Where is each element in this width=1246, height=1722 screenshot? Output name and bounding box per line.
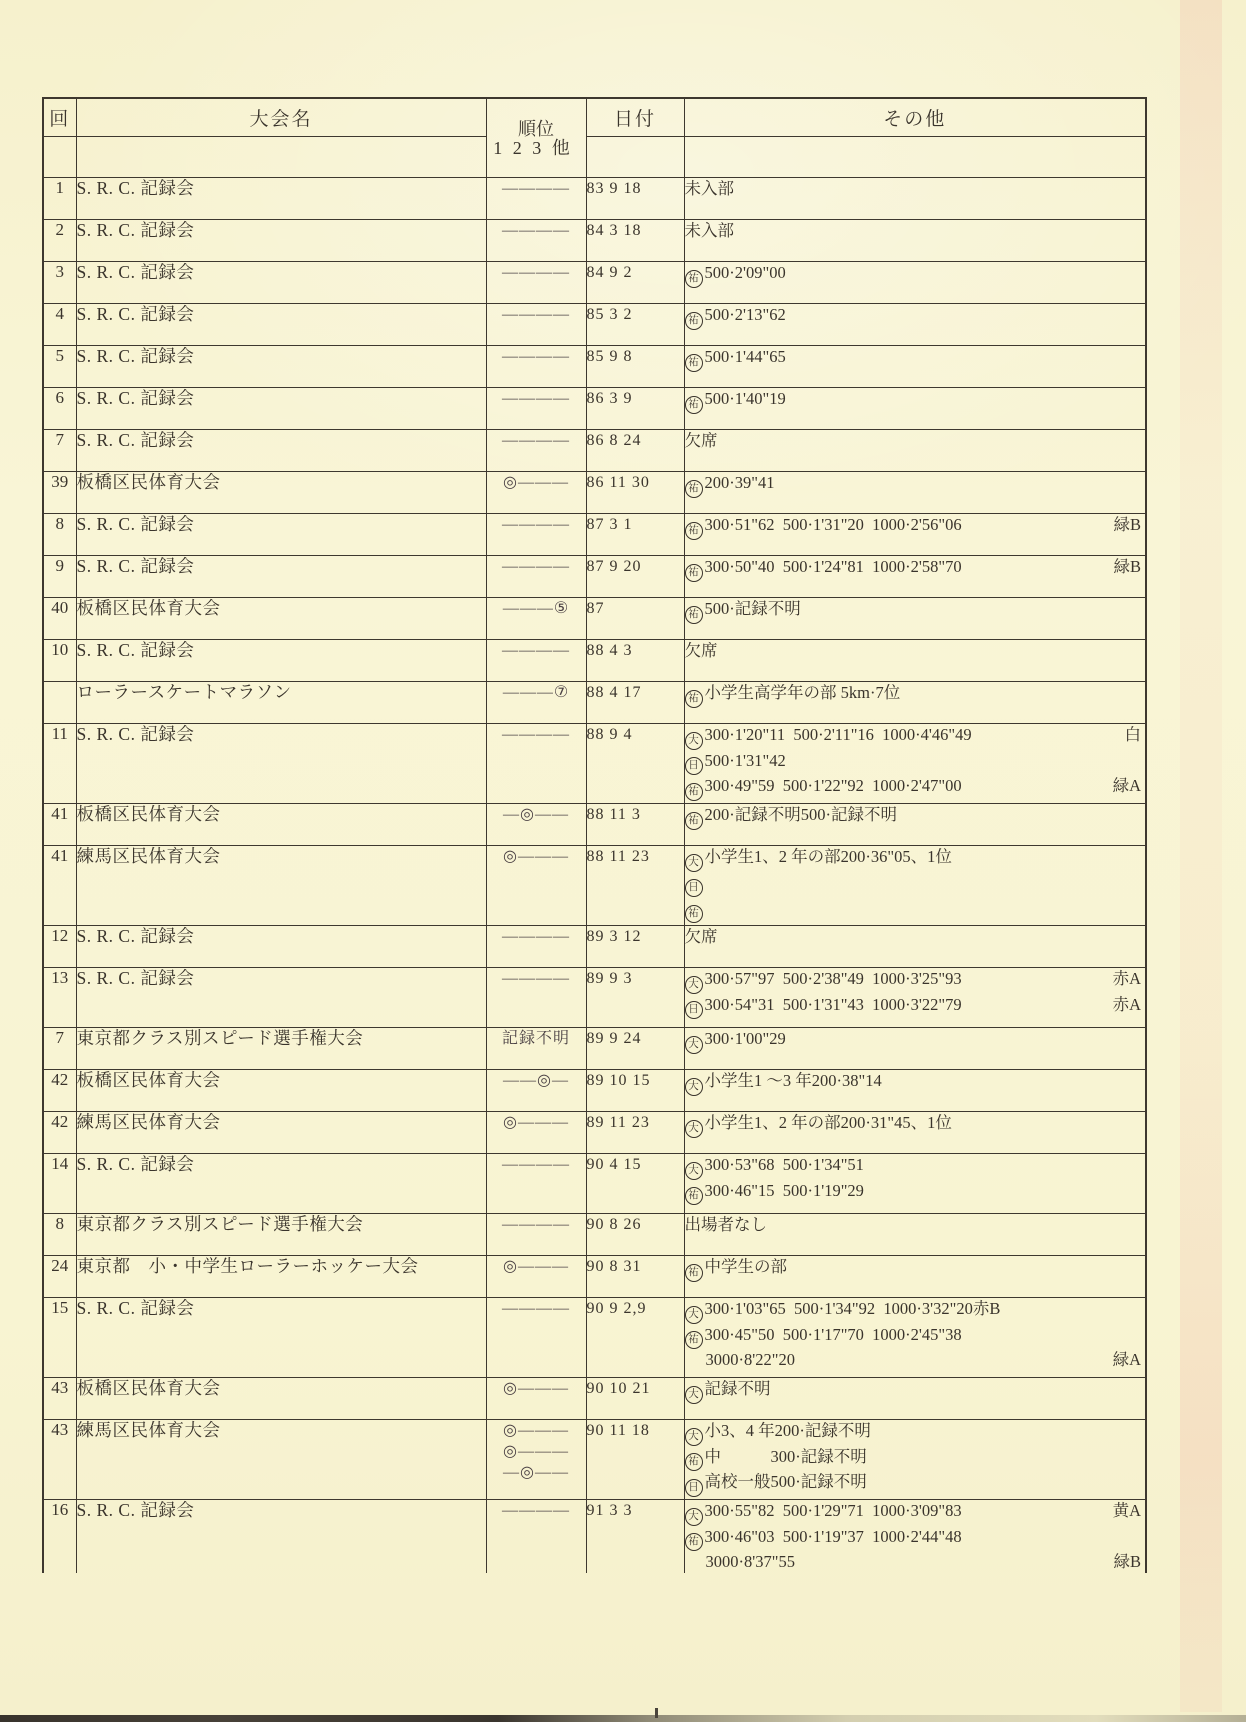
scan-bottom-mark <box>655 1708 658 1718</box>
cell-round-number: 4 <box>43 304 76 346</box>
cell-round-number: 43 <box>43 1378 76 1420</box>
circled-person-mark: 大 <box>685 976 703 994</box>
table-row: 40板橋区民体育大会―――⑤87祐500·記録不明 <box>43 598 1146 640</box>
rank-mark-line: ◎――― <box>487 472 586 493</box>
cell-rank-marks: 記録不明 <box>486 1028 586 1070</box>
cell-competition-name: S. R. C. 記録会 <box>76 724 486 804</box>
cell-results: 祐200·39"41 <box>684 472 1146 514</box>
circled-person-mark: 日 <box>685 757 703 775</box>
cell-results: 祐300·51"62 500·1'31"20 1000·2'56"06緑B <box>684 514 1146 556</box>
cell-date: 90 8 26 <box>586 1214 684 1256</box>
cell-competition-name: S. R. C. 記録会 <box>76 640 486 682</box>
cell-rank-marks: ―――― <box>486 1154 586 1214</box>
result-class-tag: 緑A <box>1113 775 1141 797</box>
table-row: 43板橋区民体育大会◎―――90 10 21大記録不明 <box>43 1378 1146 1420</box>
table-row: 9S. R. C. 記録会――――87 9 20祐300·50"40 500·1… <box>43 556 1146 598</box>
cell-competition-name: 板橋区民体育大会 <box>76 804 486 846</box>
rank-mark-line: ―――― <box>487 1500 586 1521</box>
rank-mark-line: ―――― <box>487 346 586 367</box>
circled-person-mark: 大 <box>685 1428 703 1446</box>
circled-person-mark: 祐 <box>685 522 703 540</box>
circled-person-mark: 祐 <box>685 354 703 372</box>
result-class-tag: 緑B <box>1113 556 1141 578</box>
result-line: 日高校一般500·記録不明 <box>685 1471 1146 1497</box>
cell-competition-name: S. R. C. 記録会 <box>76 1500 486 1573</box>
table-row: 41板橋区民体育大会―◎――88 11 3祐200·記録不明500·記録不明 <box>43 804 1146 846</box>
table-row: 4S. R. C. 記録会――――85 3 2祐500·2'13"62 <box>43 304 1146 346</box>
cell-rank-marks: ―――⑦ <box>486 682 586 724</box>
cell-date: 83 9 18 <box>586 178 684 220</box>
cell-results: 大小学生1 ～3 年200·38"14 <box>684 1070 1146 1112</box>
cell-date: 86 3 9 <box>586 388 684 430</box>
result-line: 大300·57"97 500·2'38"49 1000·3'25"93赤A <box>685 968 1146 994</box>
rank-mark-line: ◎――― <box>487 846 586 867</box>
cell-results: 大300·1'03"65 500·1'34"92 1000·3'32"20赤B祐… <box>684 1298 1146 1378</box>
circled-person-mark: 祐 <box>685 564 703 582</box>
result-line: 大小学生1、2 年の部200·31"45、1位 <box>685 1112 1146 1138</box>
cell-competition-name: 東京都クラス別スピード選手権大会 <box>76 1214 486 1256</box>
cell-date: 89 9 24 <box>586 1028 684 1070</box>
table-row: 11S. R. C. 記録会――――88 9 4大300·1'20"11 500… <box>43 724 1146 804</box>
result-line: 祐300·51"62 500·1'31"20 1000·2'56"06緑B <box>685 514 1146 540</box>
cell-competition-name: 板橋区民体育大会 <box>76 598 486 640</box>
rank-mark-line: ―――― <box>487 1298 586 1319</box>
result-line: 日300·54"31 500·1'31"43 1000·3'22"79赤A <box>685 994 1146 1020</box>
cell-date: 88 4 17 <box>586 682 684 724</box>
empty-cell <box>684 137 1146 178</box>
cell-results: 祐500·2'09"00 <box>684 262 1146 304</box>
cell-competition-name: S. R. C. 記録会 <box>76 514 486 556</box>
cell-date: 84 9 2 <box>586 262 684 304</box>
circled-person-mark: 祐 <box>685 690 703 708</box>
circled-person-mark: 祐 <box>685 606 703 624</box>
cell-round-number: 8 <box>43 1214 76 1256</box>
rank-mark-line: ―――― <box>487 220 586 241</box>
circled-person-mark: 祐 <box>685 1187 703 1205</box>
result-line: 祐200·39"41 <box>685 472 1146 498</box>
result-line: 欠席 <box>685 430 1146 452</box>
cell-date: 88 11 3 <box>586 804 684 846</box>
cell-date: 89 9 3 <box>586 968 684 1028</box>
result-line: 未入部 <box>685 178 1146 200</box>
result-line: 祐中 300·記録不明 <box>685 1446 1146 1472</box>
cell-rank-marks: ―◎―― <box>486 804 586 846</box>
cell-results: 未入部 <box>684 178 1146 220</box>
cell-round-number: 15 <box>43 1298 76 1378</box>
cell-competition-name: 板橋区民体育大会 <box>76 472 486 514</box>
cell-round-number: 39 <box>43 472 76 514</box>
cell-results: 大300·55"82 500·1'29"71 1000·3'09"83黄A祐30… <box>684 1500 1146 1573</box>
circled-person-mark: 大 <box>685 1120 703 1138</box>
result-line: 大記録不明 <box>685 1378 1146 1404</box>
rank-mark-line: ―――― <box>487 178 586 199</box>
table-row: 41練馬区民体育大会◎―――88 11 23大小学生1、2 年の部200·36"… <box>43 846 1146 926</box>
cell-date: 87 <box>586 598 684 640</box>
cell-competition-name: S. R. C. 記録会 <box>76 346 486 388</box>
cell-competition-name: S. R. C. 記録会 <box>76 926 486 968</box>
cell-competition-name: S. R. C. 記録会 <box>76 430 486 472</box>
result-line: 祐200·記録不明500·記録不明 <box>685 804 1146 830</box>
cell-competition-name: S. R. C. 記録会 <box>76 220 486 262</box>
cell-date: 85 3 2 <box>586 304 684 346</box>
rank-mark-line: ―――― <box>487 556 586 577</box>
table-row: 1S. R. C. 記録会――――83 9 18未入部 <box>43 178 1146 220</box>
cell-round-number: 10 <box>43 640 76 682</box>
result-line: 祐500·1'40"19 <box>685 388 1146 414</box>
cell-results: 祐500·1'40"19 <box>684 388 1146 430</box>
record-table: 回 大会名 順位 1 2 3 他 日付 その他 1S. R. C. 記録会―――… <box>42 97 1147 1573</box>
cell-results: 祐300·50"40 500·1'24"81 1000·2'58"70緑B <box>684 556 1146 598</box>
cell-competition-name: 練馬区民体育大会 <box>76 1112 486 1154</box>
table-row: 7東京都クラス別スピード選手権大会記録不明89 9 24大300·1'00"29 <box>43 1028 1146 1070</box>
result-line: 3000·8'22"20緑A <box>685 1349 1146 1371</box>
result-line: 日500·1'31"42 <box>685 750 1146 776</box>
result-line: 祐300·50"40 500·1'24"81 1000·2'58"70緑B <box>685 556 1146 582</box>
cell-round-number: 5 <box>43 346 76 388</box>
header-taikai: 大会名 <box>76 98 486 137</box>
header-junni-line2: 1 2 3 他 <box>481 139 586 157</box>
cell-competition-name: 板橋区民体育大会 <box>76 1378 486 1420</box>
rank-mark-line: ―◎―― <box>487 804 586 825</box>
circled-person-mark: 大 <box>685 1036 703 1054</box>
cell-round-number: 24 <box>43 1256 76 1298</box>
circled-person-mark: 祐 <box>685 1533 703 1551</box>
cell-rank-marks: ―――― <box>486 724 586 804</box>
rank-mark-line: ◎――― <box>487 1378 586 1399</box>
cell-rank-marks: ◎――― <box>486 1378 586 1420</box>
result-class-tag: 緑A <box>1113 1349 1141 1371</box>
cell-results: 欠席 <box>684 926 1146 968</box>
cell-rank-marks: ―――― <box>486 968 586 1028</box>
result-line: 祐500·1'44"65 <box>685 346 1146 372</box>
cell-results: 大小3、4 年200·記録不明祐中 300·記録不明日高校一般500·記録不明 <box>684 1420 1146 1500</box>
rank-mark-line: ―――― <box>487 640 586 661</box>
cell-rank-marks: ◎―――◎――――◎―― <box>486 1420 586 1500</box>
result-line: 大300·53"68 500·1'34"51 <box>685 1154 1146 1180</box>
scanned-page: 回 大会名 順位 1 2 3 他 日付 その他 1S. R. C. 記録会―――… <box>0 0 1246 1722</box>
rank-mark-line: ―――― <box>487 430 586 451</box>
cell-rank-marks: ―――― <box>486 1500 586 1573</box>
circled-person-mark: 祐 <box>685 270 703 288</box>
cell-results: 欠席 <box>684 430 1146 472</box>
cell-rank-marks: ―――― <box>486 1214 586 1256</box>
circled-person-mark: 祐 <box>685 1453 703 1471</box>
cell-competition-name: ローラースケートマラソン <box>76 682 486 724</box>
table-row: 2S. R. C. 記録会――――84 3 18未入部 <box>43 220 1146 262</box>
table-row: ローラースケートマラソン―――⑦88 4 17祐小学生高学年の部 5km·7位 <box>43 682 1146 724</box>
table-row: 42練馬区民体育大会◎―――89 11 23大小学生1、2 年の部200·31"… <box>43 1112 1146 1154</box>
cell-competition-name: S. R. C. 記録会 <box>76 1298 486 1378</box>
table-row: 39板橋区民体育大会◎―――86 11 30祐200·39"41 <box>43 472 1146 514</box>
rank-mark-line: ―――― <box>487 1214 586 1235</box>
circled-person-mark: 祐 <box>685 812 703 830</box>
rank-mark-line: ―――― <box>487 1154 586 1175</box>
table-row: 43練馬区民体育大会◎―――◎――――◎――90 11 18大小3、4 年200… <box>43 1420 1146 1500</box>
cell-results: 大小学生1、2 年の部200·31"45、1位 <box>684 1112 1146 1154</box>
table-row: 15S. R. C. 記録会――――90 9 2,9大300·1'03"65 5… <box>43 1298 1146 1378</box>
circled-person-mark: 祐 <box>685 905 703 923</box>
cell-results: 大小学生1、2 年の部200·36"05、1位日祐 <box>684 846 1146 926</box>
table-row: 16S. R. C. 記録会――――91 3 3大300·55"82 500·1… <box>43 1500 1146 1573</box>
rank-mark-line: 記録不明 <box>487 1028 586 1049</box>
header-row: 回 大会名 順位 1 2 3 他 日付 その他 <box>43 98 1146 137</box>
cell-round-number: 42 <box>43 1070 76 1112</box>
cell-results: 祐200·記録不明500·記録不明 <box>684 804 1146 846</box>
cell-rank-marks: ◎――― <box>486 472 586 514</box>
header-hiduke: 日付 <box>586 98 684 137</box>
cell-results: 出場者なし <box>684 1214 1146 1256</box>
cell-rank-marks: ―――― <box>486 556 586 598</box>
result-line: 大小学生1、2 年の部200·36"05、1位 <box>685 846 1146 872</box>
circled-person-mark: 祐 <box>685 312 703 330</box>
table-row: 6S. R. C. 記録会――――86 3 9祐500·1'40"19 <box>43 388 1146 430</box>
result-line: 祐500·2'13"62 <box>685 304 1146 330</box>
cell-date: 90 8 31 <box>586 1256 684 1298</box>
circled-person-mark: 日 <box>685 879 703 897</box>
cell-results: 祐500·2'13"62 <box>684 304 1146 346</box>
cell-round-number: 1 <box>43 178 76 220</box>
cell-rank-marks: ◎――― <box>486 1112 586 1154</box>
cell-date: 90 4 15 <box>586 1154 684 1214</box>
cell-rank-marks: ―――― <box>486 430 586 472</box>
result-line: 祐500·記録不明 <box>685 598 1146 624</box>
cell-date: 88 4 3 <box>586 640 684 682</box>
cell-rank-marks: ―――― <box>486 262 586 304</box>
table-row: 7S. R. C. 記録会――――86 8 24欠席 <box>43 430 1146 472</box>
cell-date: 90 9 2,9 <box>586 1298 684 1378</box>
cell-competition-name: 板橋区民体育大会 <box>76 1070 486 1112</box>
cell-competition-name: 東京都 小・中学生ローラーホッケー大会 <box>76 1256 486 1298</box>
cell-round-number: 12 <box>43 926 76 968</box>
cell-round-number: 16 <box>43 1500 76 1573</box>
table-row: 3S. R. C. 記録会――――84 9 2祐500·2'09"00 <box>43 262 1146 304</box>
scan-bottom-edge <box>0 1715 1246 1722</box>
cell-results: 祐中学生の部 <box>684 1256 1146 1298</box>
table-row: 42板橋区民体育大会――◎―89 10 15大小学生1 ～3 年200·38"1… <box>43 1070 1146 1112</box>
circled-person-mark: 祐 <box>685 1264 703 1282</box>
cell-rank-marks: ―――― <box>486 178 586 220</box>
result-class-tag: 黄A <box>1113 1500 1141 1522</box>
cell-round-number: 9 <box>43 556 76 598</box>
result-line: 大300·1'03"65 500·1'34"92 1000·3'32"20赤B <box>685 1298 1146 1324</box>
rank-mark-line: ――◎― <box>487 1070 586 1091</box>
rank-mark-line: ―――― <box>487 262 586 283</box>
cell-round-number: 43 <box>43 1420 76 1500</box>
cell-rank-marks: ―――― <box>486 514 586 556</box>
cell-round-number: 6 <box>43 388 76 430</box>
cell-rank-marks: ―――― <box>486 304 586 346</box>
cell-competition-name: S. R. C. 記録会 <box>76 178 486 220</box>
cell-results: 欠席 <box>684 640 1146 682</box>
cell-date: 85 9 8 <box>586 346 684 388</box>
result-class-tag: 緑B <box>1113 514 1141 536</box>
result-line: 欠席 <box>685 640 1146 662</box>
result-line: 大小学生1 ～3 年200·38"14 <box>685 1070 1146 1096</box>
cell-round-number: 7 <box>43 430 76 472</box>
circled-person-mark: 大 <box>685 854 703 872</box>
cell-rank-marks: ―――― <box>486 926 586 968</box>
cell-results: 未入部 <box>684 220 1146 262</box>
result-line: 祐小学生高学年の部 5km·7位 <box>685 682 1146 708</box>
table-row: 5S. R. C. 記録会――――85 9 8祐500·1'44"65 <box>43 346 1146 388</box>
rank-mark-line: ―◎―― <box>487 1462 586 1483</box>
cell-results: 大300·53"68 500·1'34"51祐300·46"15 500·1'1… <box>684 1154 1146 1214</box>
cell-results: 大300·1'20"11 500·2'11"16 1000·4'46"49白日5… <box>684 724 1146 804</box>
circled-person-mark: 大 <box>685 1078 703 1096</box>
cell-date: 84 3 18 <box>586 220 684 262</box>
empty-cell <box>76 137 486 178</box>
result-class-tag: 赤A <box>1113 994 1141 1016</box>
rank-mark-line: ―――― <box>487 304 586 325</box>
cell-round-number: 3 <box>43 262 76 304</box>
cell-date: 90 10 21 <box>586 1378 684 1420</box>
cell-competition-name: S. R. C. 記録会 <box>76 968 486 1028</box>
empty-cell <box>586 137 684 178</box>
cell-rank-marks: ――◎― <box>486 1070 586 1112</box>
rank-mark-line: ―――― <box>487 724 586 745</box>
cell-date: 88 11 23 <box>586 846 684 926</box>
cell-rank-marks: ―――― <box>486 388 586 430</box>
cell-date: 87 9 20 <box>586 556 684 598</box>
cell-date: 90 11 18 <box>586 1420 684 1500</box>
circled-person-mark: 祐 <box>685 396 703 414</box>
cell-rank-marks: ―――― <box>486 640 586 682</box>
cell-rank-marks: ―――― <box>486 220 586 262</box>
result-line: 欠席 <box>685 926 1146 948</box>
cell-round-number: 2 <box>43 220 76 262</box>
table-row: 14S. R. C. 記録会――――90 4 15大300·53"68 500·… <box>43 1154 1146 1214</box>
header-junni-line1: 順位 <box>487 119 586 139</box>
circled-person-mark: 祐 <box>685 783 703 801</box>
cell-results: 祐小学生高学年の部 5km·7位 <box>684 682 1146 724</box>
cell-competition-name: S. R. C. 記録会 <box>76 388 486 430</box>
result-line: 3000·8'37"55緑B <box>685 1551 1146 1573</box>
cell-round-number: 7 <box>43 1028 76 1070</box>
result-line: 祐 <box>685 897 1146 923</box>
circled-person-mark: 大 <box>685 1508 703 1526</box>
cell-date: 89 3 12 <box>586 926 684 968</box>
header-junni: 順位 1 2 3 他 <box>486 98 586 178</box>
cell-competition-name: 練馬区民体育大会 <box>76 846 486 926</box>
table-row: 12S. R. C. 記録会――――89 3 12欠席 <box>43 926 1146 968</box>
cell-competition-name: S. R. C. 記録会 <box>76 304 486 346</box>
circled-person-mark: 日 <box>685 1001 703 1019</box>
cell-round-number: 8 <box>43 514 76 556</box>
cell-round-number: 11 <box>43 724 76 804</box>
cell-round-number: 42 <box>43 1112 76 1154</box>
circled-person-mark: 日 <box>685 1479 703 1497</box>
rank-mark-line: ―――― <box>487 926 586 947</box>
cell-competition-name: S. R. C. 記録会 <box>76 262 486 304</box>
circled-person-mark: 大 <box>685 732 703 750</box>
scan-pink-edge <box>1180 0 1222 1712</box>
cell-rank-marks: ◎――― <box>486 846 586 926</box>
cell-date: 86 11 30 <box>586 472 684 514</box>
cell-competition-name: 東京都クラス別スピード選手権大会 <box>76 1028 486 1070</box>
result-class-tag: 白 <box>1125 724 1142 746</box>
result-line: 祐300·45"50 500·1'17"70 1000·2'45"38 <box>685 1324 1146 1350</box>
circled-person-mark: 大 <box>685 1162 703 1180</box>
circled-person-mark: 大 <box>685 1306 703 1324</box>
cell-date: 87 3 1 <box>586 514 684 556</box>
cell-rank-marks: ―――― <box>486 1298 586 1378</box>
cell-results: 大300·57"97 500·2'38"49 1000·3'25"93赤A日30… <box>684 968 1146 1028</box>
result-class-tag: 赤A <box>1113 968 1141 990</box>
cell-results: 祐500·1'44"65 <box>684 346 1146 388</box>
result-line: 祐300·46"15 500·1'19"29 <box>685 1180 1146 1206</box>
cell-round-number: 41 <box>43 804 76 846</box>
cell-date: 88 9 4 <box>586 724 684 804</box>
result-line: 大300·55"82 500·1'29"71 1000·3'09"83黄A <box>685 1500 1146 1526</box>
cell-competition-name: S. R. C. 記録会 <box>76 1154 486 1214</box>
rank-mark-line: ―――⑤ <box>487 598 586 619</box>
cell-results: 祐500·記録不明 <box>684 598 1146 640</box>
result-line: 大小3、4 年200·記録不明 <box>685 1420 1146 1446</box>
header-empty-row <box>43 137 1146 178</box>
cell-round-number: 13 <box>43 968 76 1028</box>
cell-date: 89 11 23 <box>586 1112 684 1154</box>
circled-person-mark: 祐 <box>685 480 703 498</box>
rank-mark-line: ◎――― <box>487 1420 586 1441</box>
rank-mark-line: ◎――― <box>487 1256 586 1277</box>
table-row: 8S. R. C. 記録会――――87 3 1祐300·51"62 500·1'… <box>43 514 1146 556</box>
cell-round-number: 41 <box>43 846 76 926</box>
cell-rank-marks: ―――⑤ <box>486 598 586 640</box>
circled-person-mark: 大 <box>685 1386 703 1404</box>
rank-mark-line: ―――― <box>487 388 586 409</box>
header-kai: 回 <box>43 98 76 137</box>
rank-mark-line: ―――― <box>487 968 586 989</box>
result-line: 祐300·49"59 500·1'22"92 1000·2'47"00緑A <box>685 775 1146 801</box>
result-line: 出場者なし <box>685 1214 1146 1236</box>
result-line: 大300·1'20"11 500·2'11"16 1000·4'46"49白 <box>685 724 1146 750</box>
cell-competition-name: 練馬区民体育大会 <box>76 1420 486 1500</box>
rank-mark-line: ―――― <box>487 514 586 535</box>
cell-competition-name: S. R. C. 記録会 <box>76 556 486 598</box>
rank-mark-line: ◎――― <box>487 1441 586 1462</box>
header-sonota: その他 <box>684 98 1146 137</box>
table-row: 13S. R. C. 記録会――――89 9 3大300·57"97 500·2… <box>43 968 1146 1028</box>
cell-date: 86 8 24 <box>586 430 684 472</box>
result-line: 祐中学生の部 <box>685 1256 1146 1282</box>
cell-rank-marks: ―――― <box>486 346 586 388</box>
rank-mark-line: ◎――― <box>487 1112 586 1133</box>
table-row: 8東京都クラス別スピード選手権大会――――90 8 26出場者なし <box>43 1214 1146 1256</box>
result-line: 祐500·2'09"00 <box>685 262 1146 288</box>
result-class-tag: 緑B <box>1113 1551 1141 1573</box>
cell-round-number <box>43 682 76 724</box>
result-line: 祐300·46"03 500·1'19"37 1000·2'44"48 <box>685 1526 1146 1552</box>
result-line: 日 <box>685 872 1146 898</box>
cell-round-number: 14 <box>43 1154 76 1214</box>
rank-mark-line: ―――⑦ <box>487 682 586 703</box>
table-row: 10S. R. C. 記録会――――88 4 3欠席 <box>43 640 1146 682</box>
empty-cell <box>43 137 76 178</box>
cell-date: 89 10 15 <box>586 1070 684 1112</box>
result-line: 大300·1'00"29 <box>685 1028 1146 1054</box>
cell-results: 大記録不明 <box>684 1378 1146 1420</box>
cell-round-number: 40 <box>43 598 76 640</box>
circled-person-mark: 祐 <box>685 1331 703 1349</box>
cell-rank-marks: ◎――― <box>486 1256 586 1298</box>
table-row: 24東京都 小・中学生ローラーホッケー大会◎―――90 8 31祐中学生の部 <box>43 1256 1146 1298</box>
cell-date: 91 3 3 <box>586 1500 684 1573</box>
result-line: 未入部 <box>685 220 1146 242</box>
cell-results: 大300·1'00"29 <box>684 1028 1146 1070</box>
